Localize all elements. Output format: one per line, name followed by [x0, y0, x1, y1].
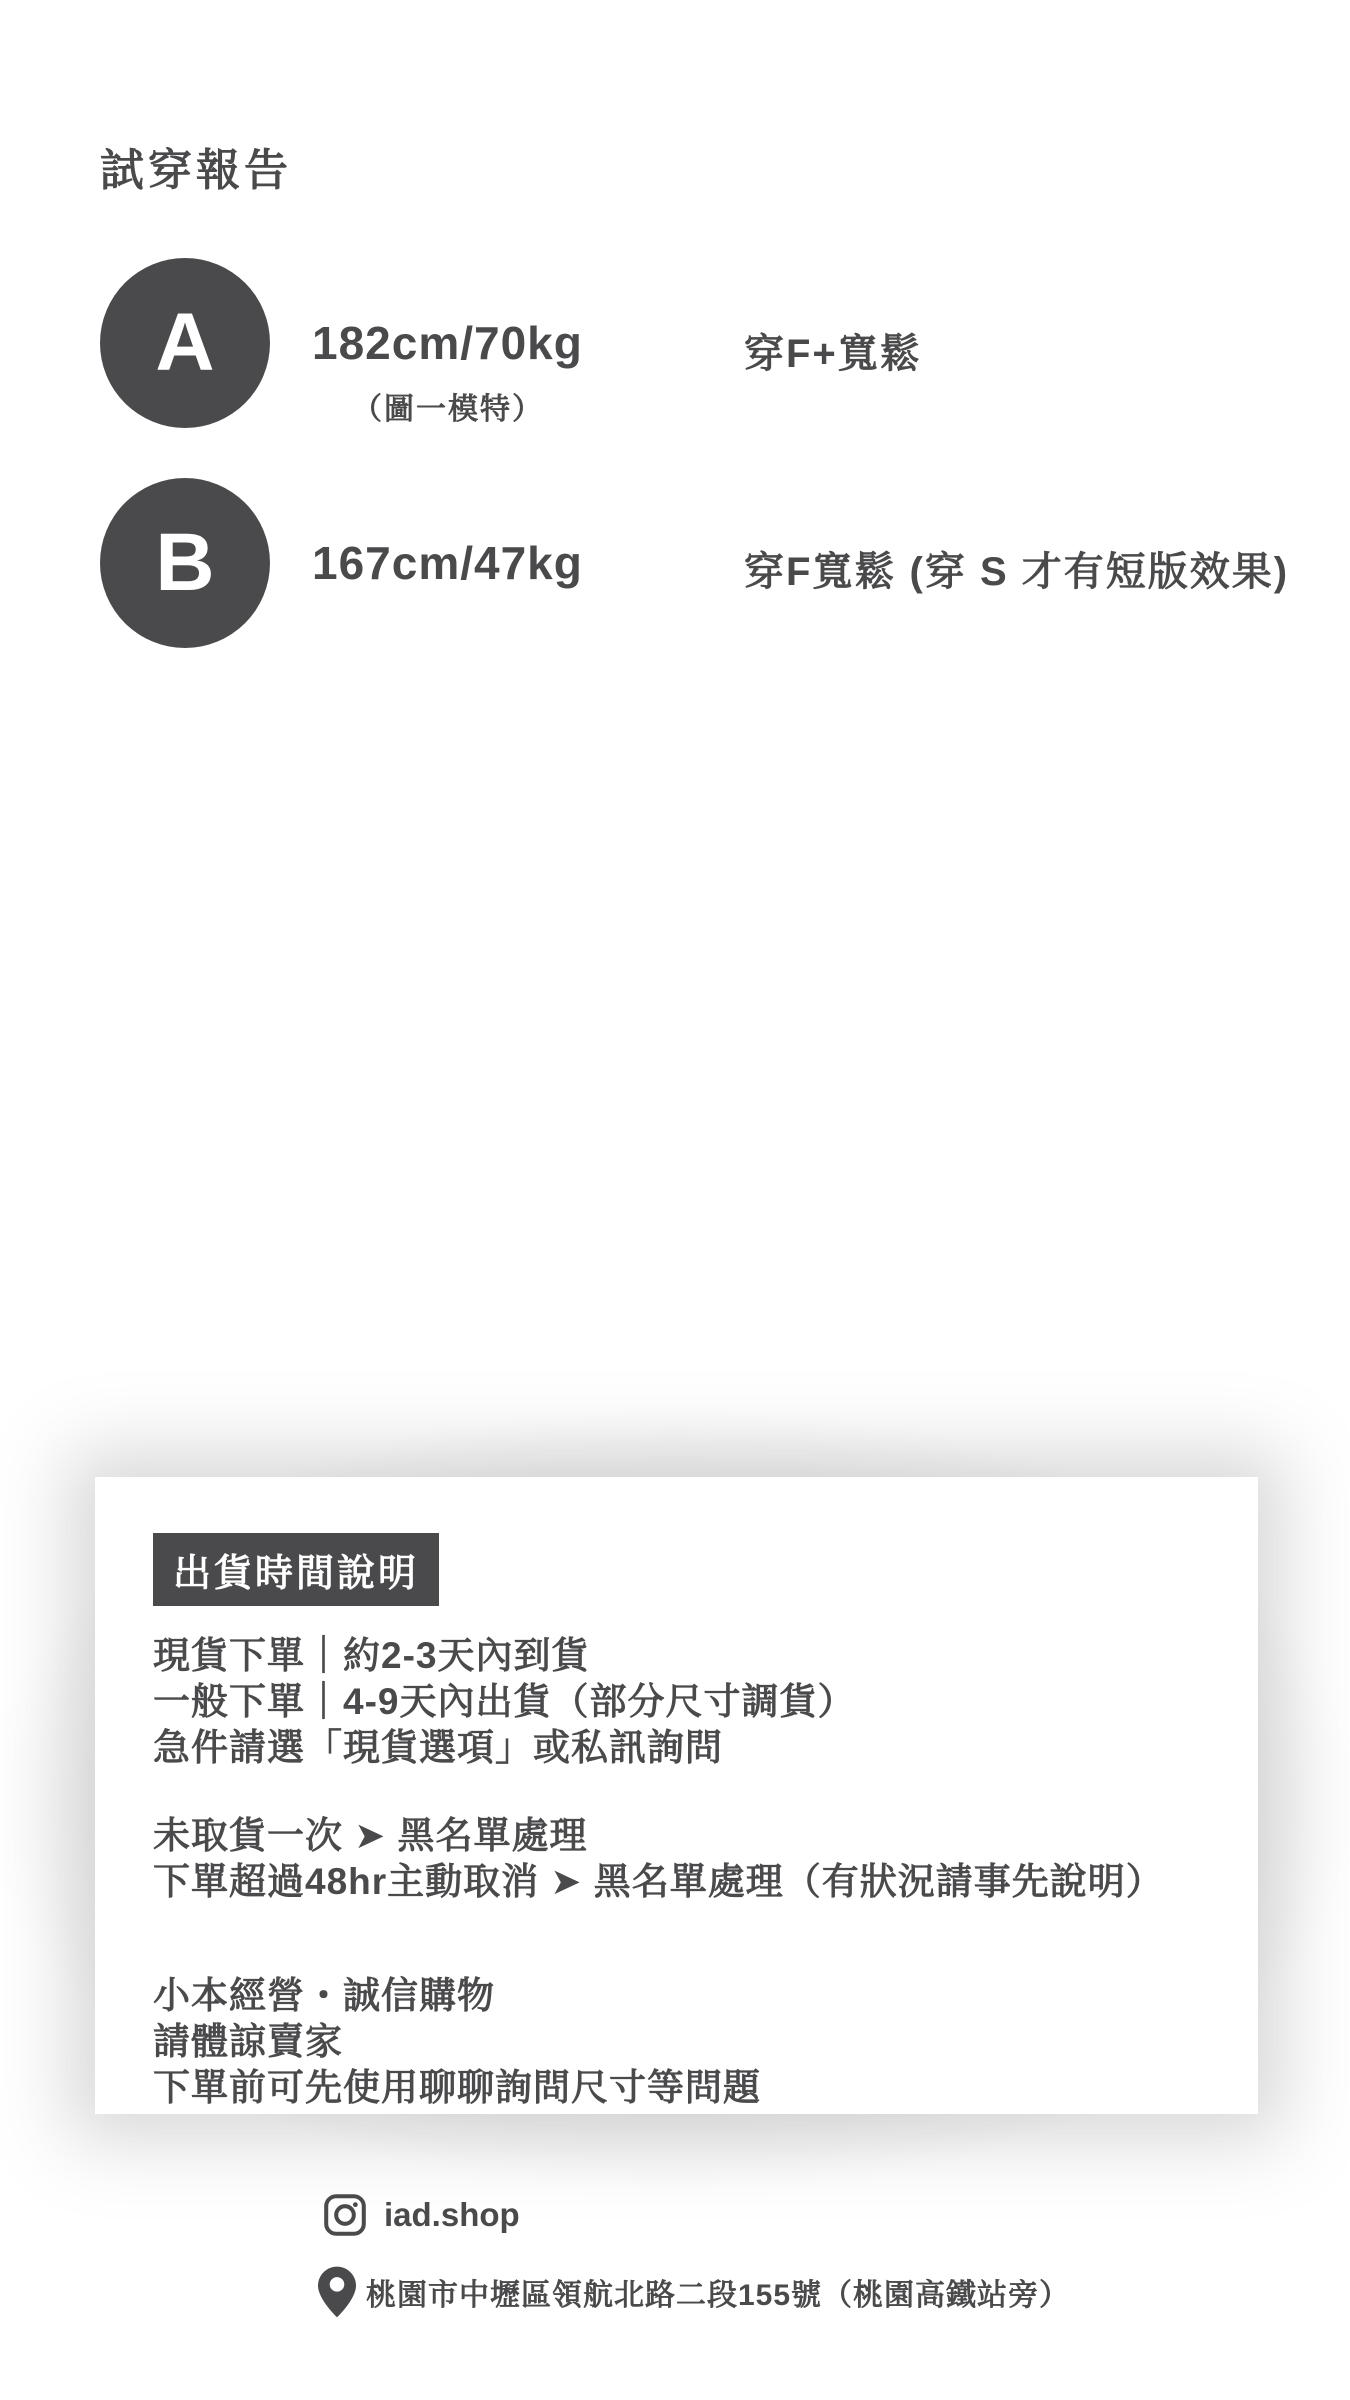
product-info-page: 試穿報告 A 182cm/70kg （圖一模特） 穿F+寬鬆 B 167cm/4… — [0, 0, 1350, 2400]
location-pin-icon — [318, 2266, 356, 2318]
shipping-time-label: 出貨時間說明 — [153, 1533, 439, 1606]
model-b-badge-letter: B — [155, 516, 214, 610]
model-a-fit-result: 穿F+寬鬆 — [744, 322, 922, 379]
shipping-line-blacklist-2: 下單超過48hr主動取消 ➤ 黑名單處理（有狀況請事先說明） — [153, 1851, 1164, 1905]
model-a-stats: 182cm/70kg — [312, 316, 583, 370]
instagram-icon — [322, 2192, 368, 2238]
model-a-badge: A — [100, 258, 270, 428]
shipping-line-delivery-3: 急件請選「現貨選項」或私訊詢問 — [153, 1717, 723, 1771]
store-address: 桃園市中壢區領航北路二段155號（桃園高鐵站旁） — [366, 2270, 1070, 2314]
fitting-report-title: 試穿報告 — [100, 134, 292, 198]
shipping-info-card: 出貨時間說明 現貨下單｜約2-3天內到貨 一般下單｜4-9天內出貨（部分尺寸調貨… — [95, 1477, 1258, 2114]
model-b-fit-result: 穿F寬鬆 (穿 S 才有短版效果) — [744, 540, 1289, 597]
model-a-badge-letter: A — [155, 296, 214, 390]
instagram-handle: iad.shop — [384, 2196, 520, 2234]
model-b-badge: B — [100, 478, 270, 648]
address-row: 桃園市中壢區領航北路二段155號（桃園高鐵站旁） — [318, 2266, 1070, 2318]
shipping-line-courtesy-3: 下單前可先使用聊聊詢問尺寸等問題 — [153, 2057, 761, 2111]
instagram-row: iad.shop — [322, 2192, 520, 2238]
model-a-note: （圖一模特） — [312, 384, 584, 428]
model-b-stats: 167cm/47kg — [312, 536, 583, 590]
